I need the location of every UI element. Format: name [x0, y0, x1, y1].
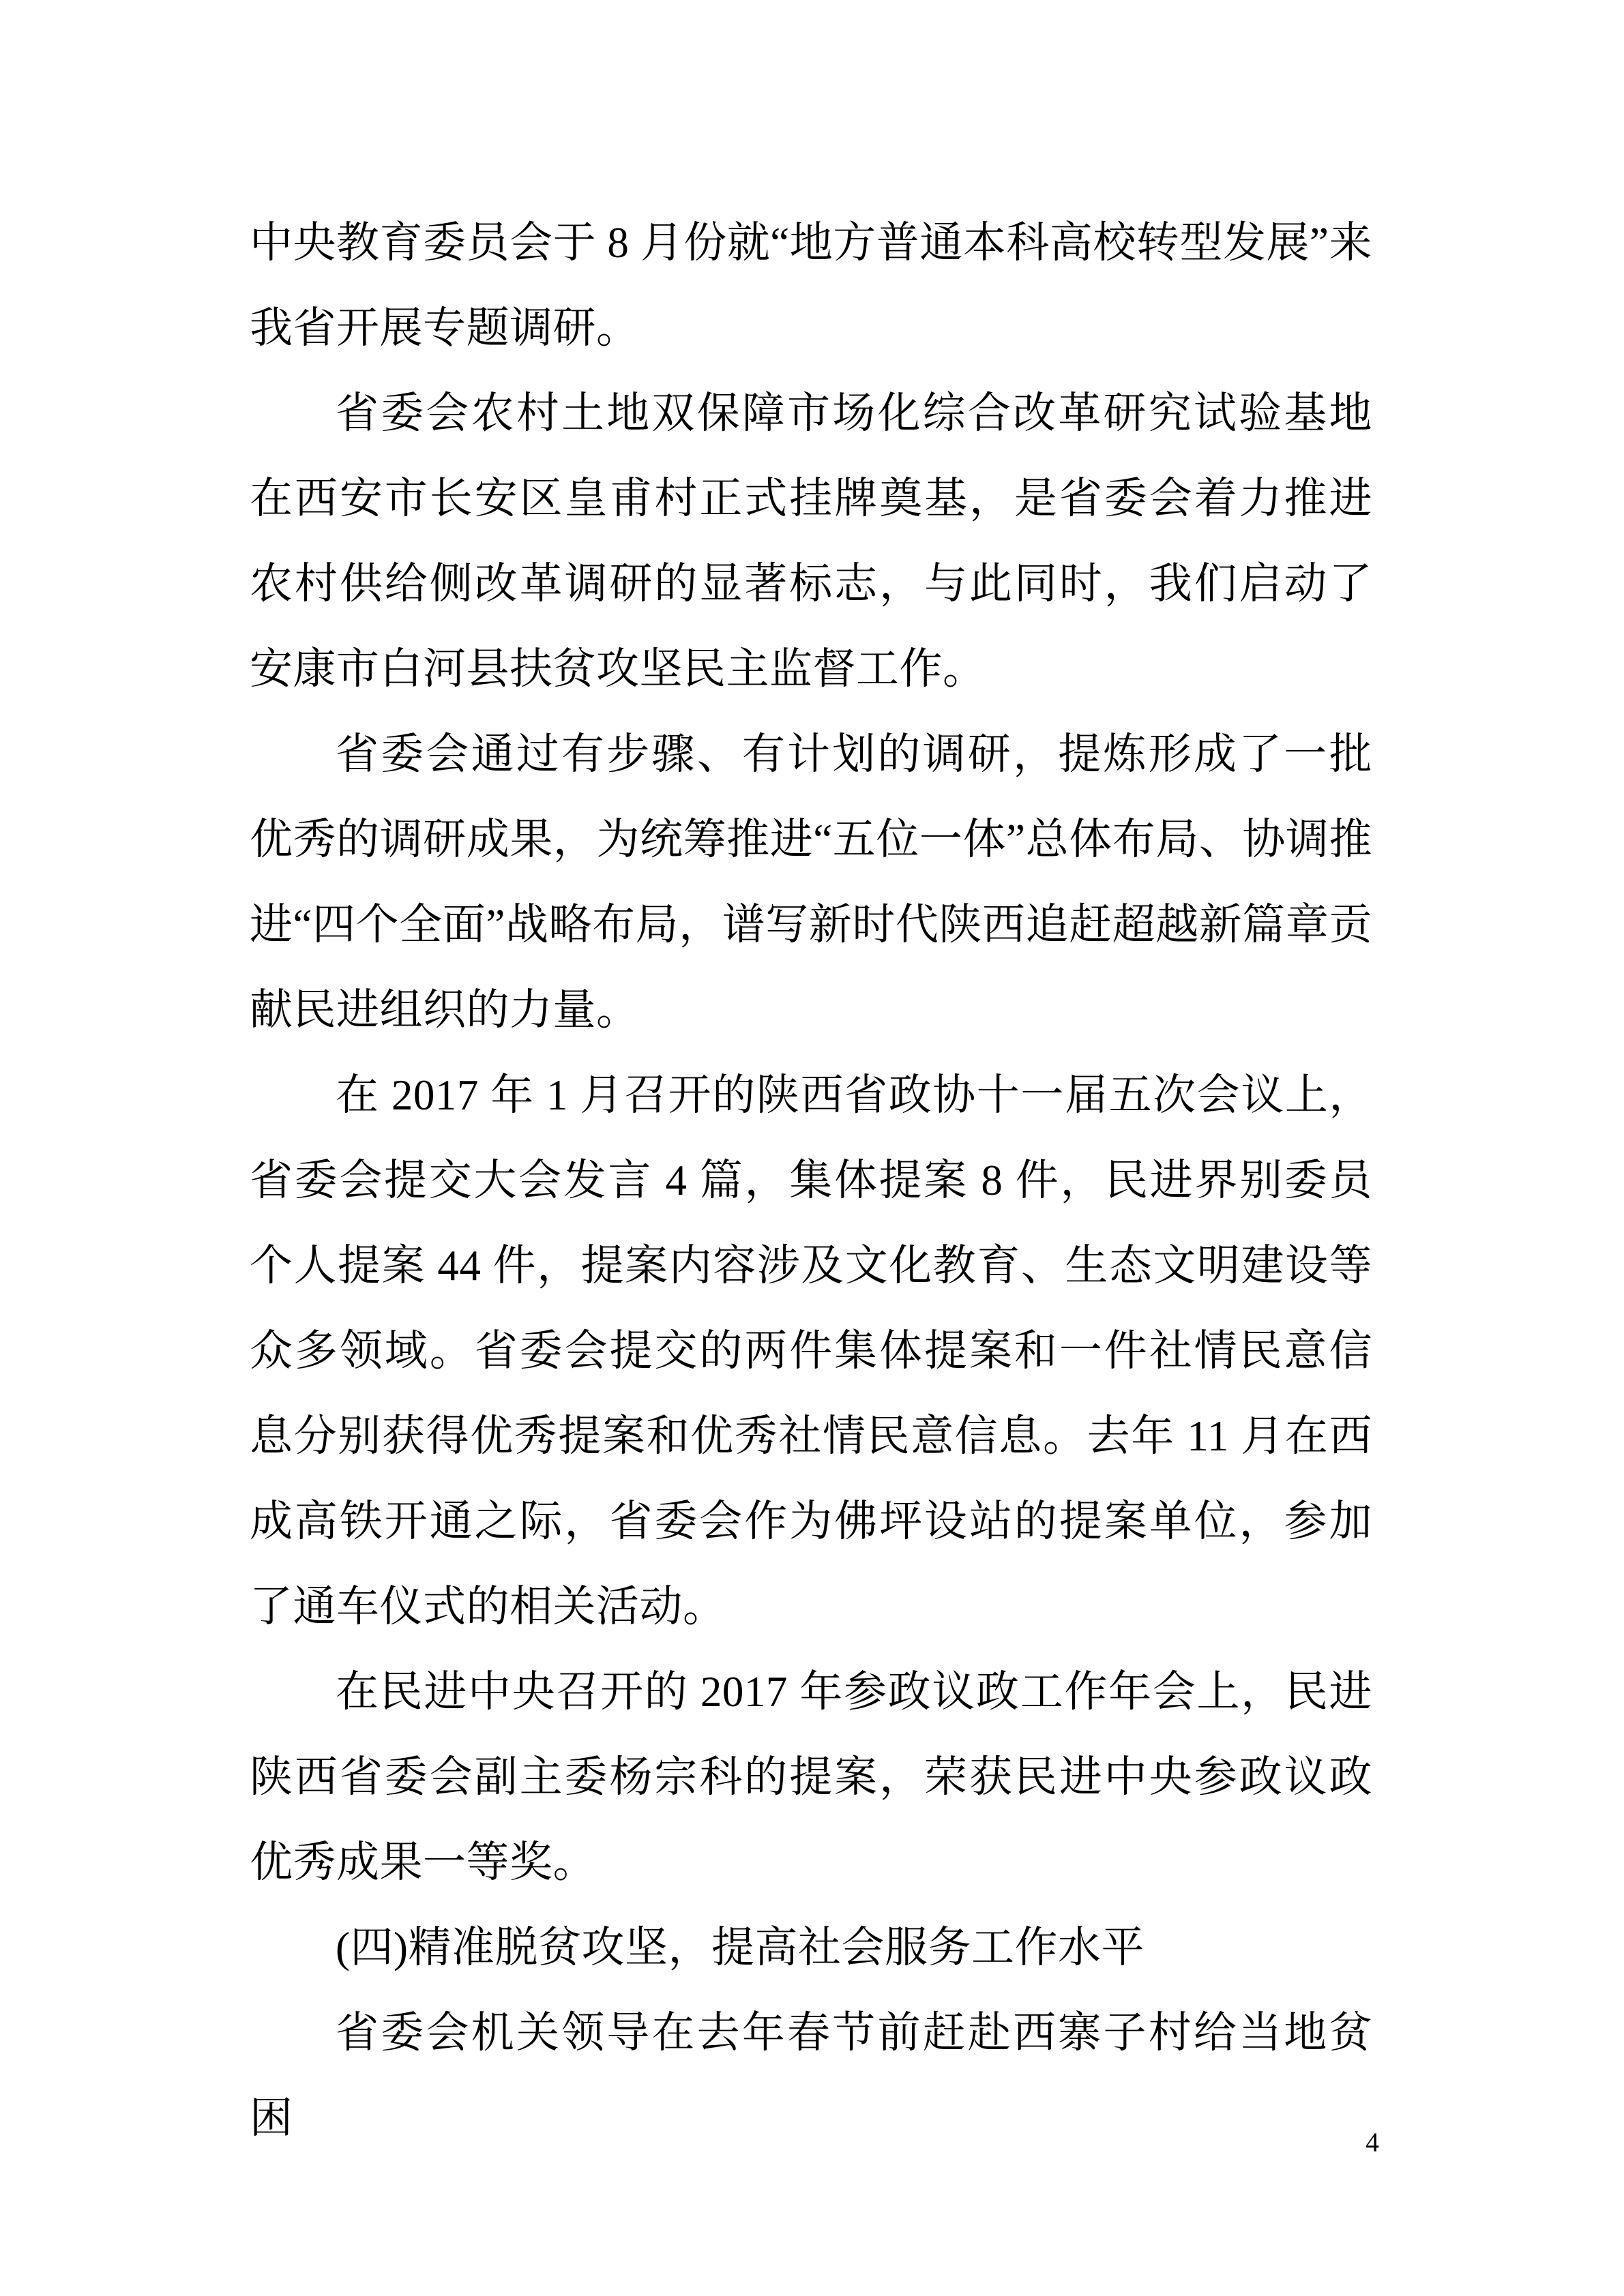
text-body: 中央教育委员会于 8 月份就“地方普通本科高校转型发展”来我省开展专题调研。 省… [250, 200, 1372, 2161]
paragraph: 省委会农村土地双保障市场化综合改革研究试验基地在西安市长安区皇甫村正式挂牌奠基，… [250, 371, 1372, 712]
page-number: 4 [1365, 2126, 1379, 2159]
paragraph: 在民进中央召开的 2017 年参政议政工作年会上，民进陕西省委会副主委杨宗科的提… [250, 1650, 1372, 1905]
paragraph-continuation: 中央教育委员会于 8 月份就“地方普通本科高校转型发展”来我省开展专题调研。 [250, 200, 1372, 371]
document-page: 中央教育委员会于 8 月份就“地方普通本科高校转型发展”来我省开展专题调研。 省… [0, 0, 1624, 2296]
section-heading: (四)精准脱贫攻坚，提高社会服务工作水平 [250, 1905, 1372, 1991]
paragraph: 在 2017 年 1 月召开的陕西省政协十一届五次会议上，省委会提交大会发言 4… [250, 1053, 1372, 1650]
paragraph: 省委会机关领导在去年春节前赶赴西寨子村给当地贫困 [250, 1991, 1372, 2161]
paragraph: 省委会通过有步骤、有计划的调研，提炼形成了一批优秀的调研成果，为统筹推进“五位一… [250, 712, 1372, 1053]
